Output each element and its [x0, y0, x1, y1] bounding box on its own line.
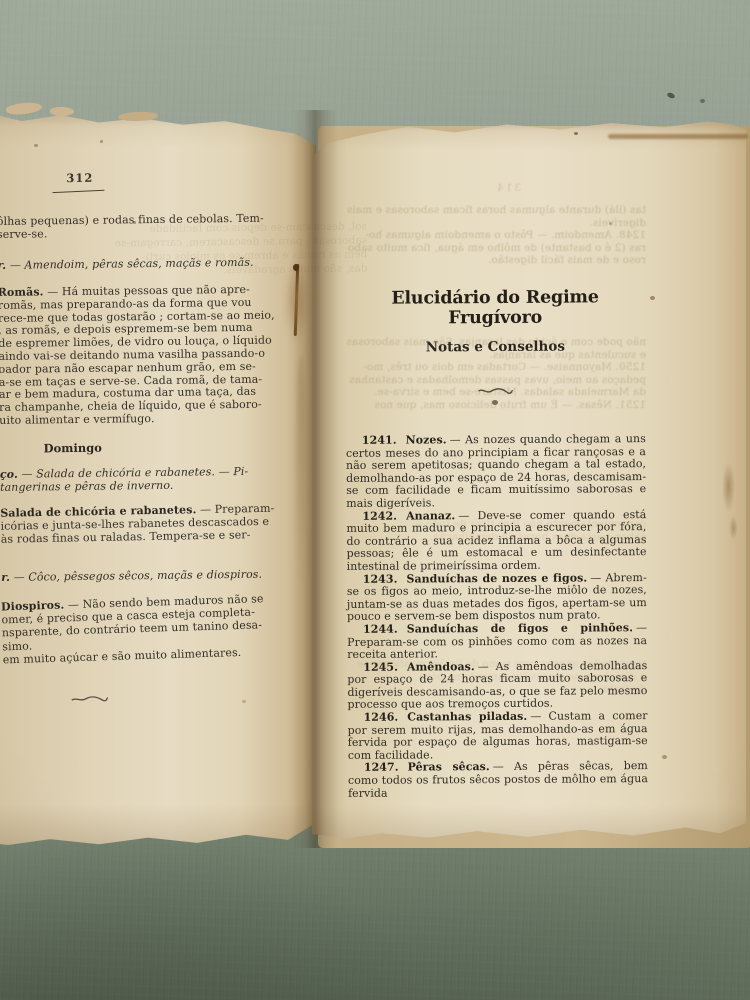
chapter-title: Elucidário do Regime Frugívoro: [344, 117, 645, 329]
right-page-content: Elucidário do Regime Frugívoro Notas e C…: [344, 117, 648, 800]
paragraph-romas: Romãs. — Há muitas pessoas que não apre-…: [0, 284, 276, 428]
numbered-entry: 1242.Ananaz.— Deve-se comer quando está …: [346, 509, 646, 574]
text-line: tangerinas e pêras de inverno.: [0, 479, 249, 495]
stain-speck: [662, 755, 667, 759]
stain-speck: [133, 221, 136, 224]
stain-speck: [492, 400, 498, 405]
flourish-divider-icon: [476, 381, 516, 400]
gutter-stain: [296, 356, 306, 586]
menu-line-jantar-2: r. — Côco, pêssegos sêcos, maçãs e diosp…: [1, 569, 262, 585]
page-number-rule: [52, 190, 104, 194]
text-line: uito alimentar e vermífugo.: [0, 412, 276, 428]
numbered-entry: 1246.Castanhas piladas.— Custam a comer …: [348, 710, 648, 762]
paragraph-salada: Salada de chicória e rabanetes. — Prepar…: [0, 503, 275, 546]
heading-domingo: Domingo: [44, 441, 102, 456]
edge-stain: [729, 516, 738, 540]
stain-speck: [34, 144, 38, 147]
numbered-entry: 1247.Pêras sêcas.— As pêras sêcas, bem c…: [348, 761, 648, 801]
stain-speck: [609, 222, 612, 225]
menu-line-almoco: ço. — Salada de chicória e rabanetes. — …: [0, 466, 249, 495]
numbered-entry: 1244.Sanduíchas de figos e pinhões.— Pre…: [347, 622, 647, 662]
stain-speck: [574, 132, 578, 135]
flourish-divider-icon: [71, 689, 109, 708]
text-line: r. — Côco, pêssegos sêcos, maçãs e diosp…: [1, 569, 262, 585]
left-page-content: sol, descascam-se depois com facilidades…: [0, 108, 319, 852]
stain-speck: [700, 99, 705, 103]
numbered-entry: 1241.Nozes.— As nozes quando chegam a un…: [346, 433, 646, 510]
numbered-entry: 1245.Amêndoas.— As amêndoas demolhadas p…: [347, 660, 647, 712]
book-photo: sol, descascam-se depois com facilidades…: [0, 0, 750, 1000]
stain-speck: [100, 140, 103, 143]
chapter-subtitle: Notas e Conselhos: [345, 338, 645, 356]
edge-stain: [722, 462, 735, 512]
left-page-number: 312: [66, 171, 93, 185]
numbered-entry: 1243.Sanduíchas de nozes e figos.— Abrem…: [347, 572, 647, 624]
stain-speck: [242, 700, 246, 703]
text-line: às rodas finas ou raladas. Tempera-se e …: [1, 528, 275, 546]
stain-speck: [650, 296, 655, 300]
paragraph-diospiros: Diospiros. — Não sendo bem maduros não s…: [1, 592, 266, 666]
paragraph-fragment: ôlhas pequenas) e rodas finas de cebolas…: [0, 213, 264, 242]
binding-thread-knot: [293, 264, 299, 271]
